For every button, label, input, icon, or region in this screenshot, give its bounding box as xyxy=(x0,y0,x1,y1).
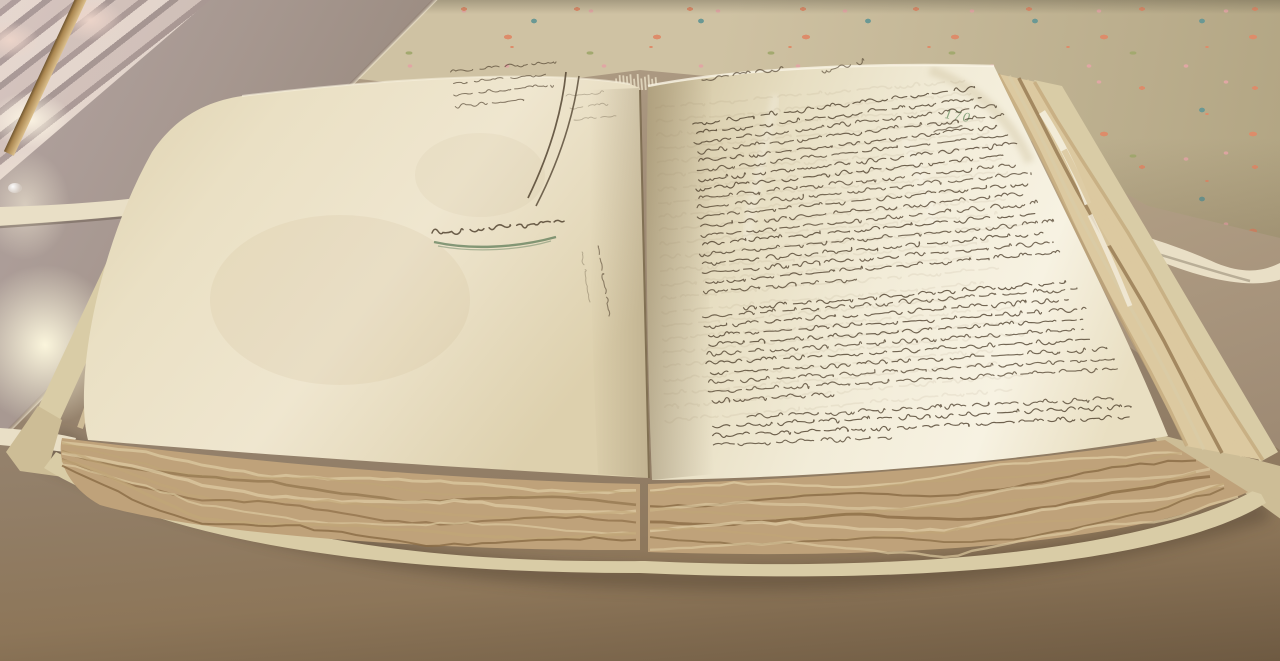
fringe-leaf xyxy=(645,77,646,90)
manuscript-book: 170 xyxy=(0,0,1280,661)
right-page xyxy=(647,65,1168,480)
fringe-leaf xyxy=(641,78,642,90)
page-stain xyxy=(210,215,470,385)
page-stain xyxy=(415,133,545,217)
gutter-shade-right xyxy=(647,76,714,480)
photo-canvas: 170 xyxy=(0,0,1280,661)
note-line xyxy=(451,62,556,72)
